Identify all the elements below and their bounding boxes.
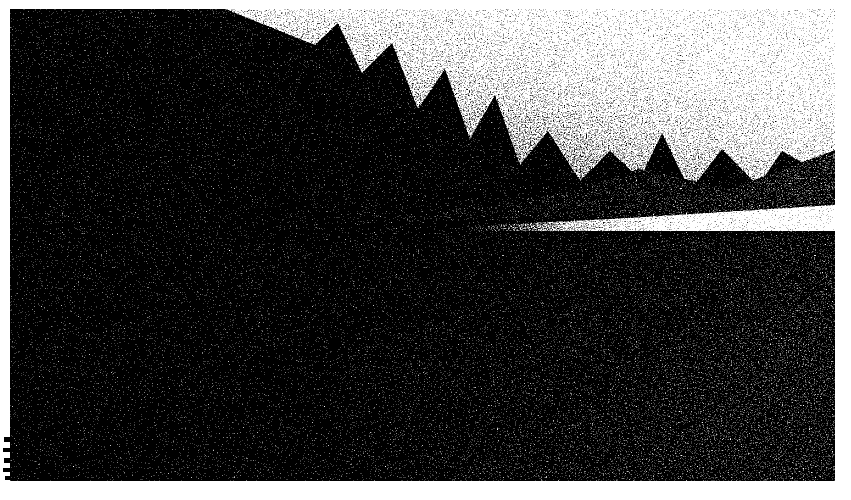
scanned-page <box>0 0 851 500</box>
scan-edge-mark <box>3 448 10 452</box>
region-lake-water <box>10 235 835 481</box>
halftone-photo <box>10 9 835 481</box>
photo-svg <box>10 9 835 481</box>
region-horizon-line <box>398 231 835 235</box>
scan-edge-mark <box>5 476 10 480</box>
scan-edge-mark <box>3 468 10 472</box>
scan-edge-mark <box>4 458 10 463</box>
scan-edge-mark <box>4 437 10 442</box>
photo-scene <box>10 9 835 481</box>
